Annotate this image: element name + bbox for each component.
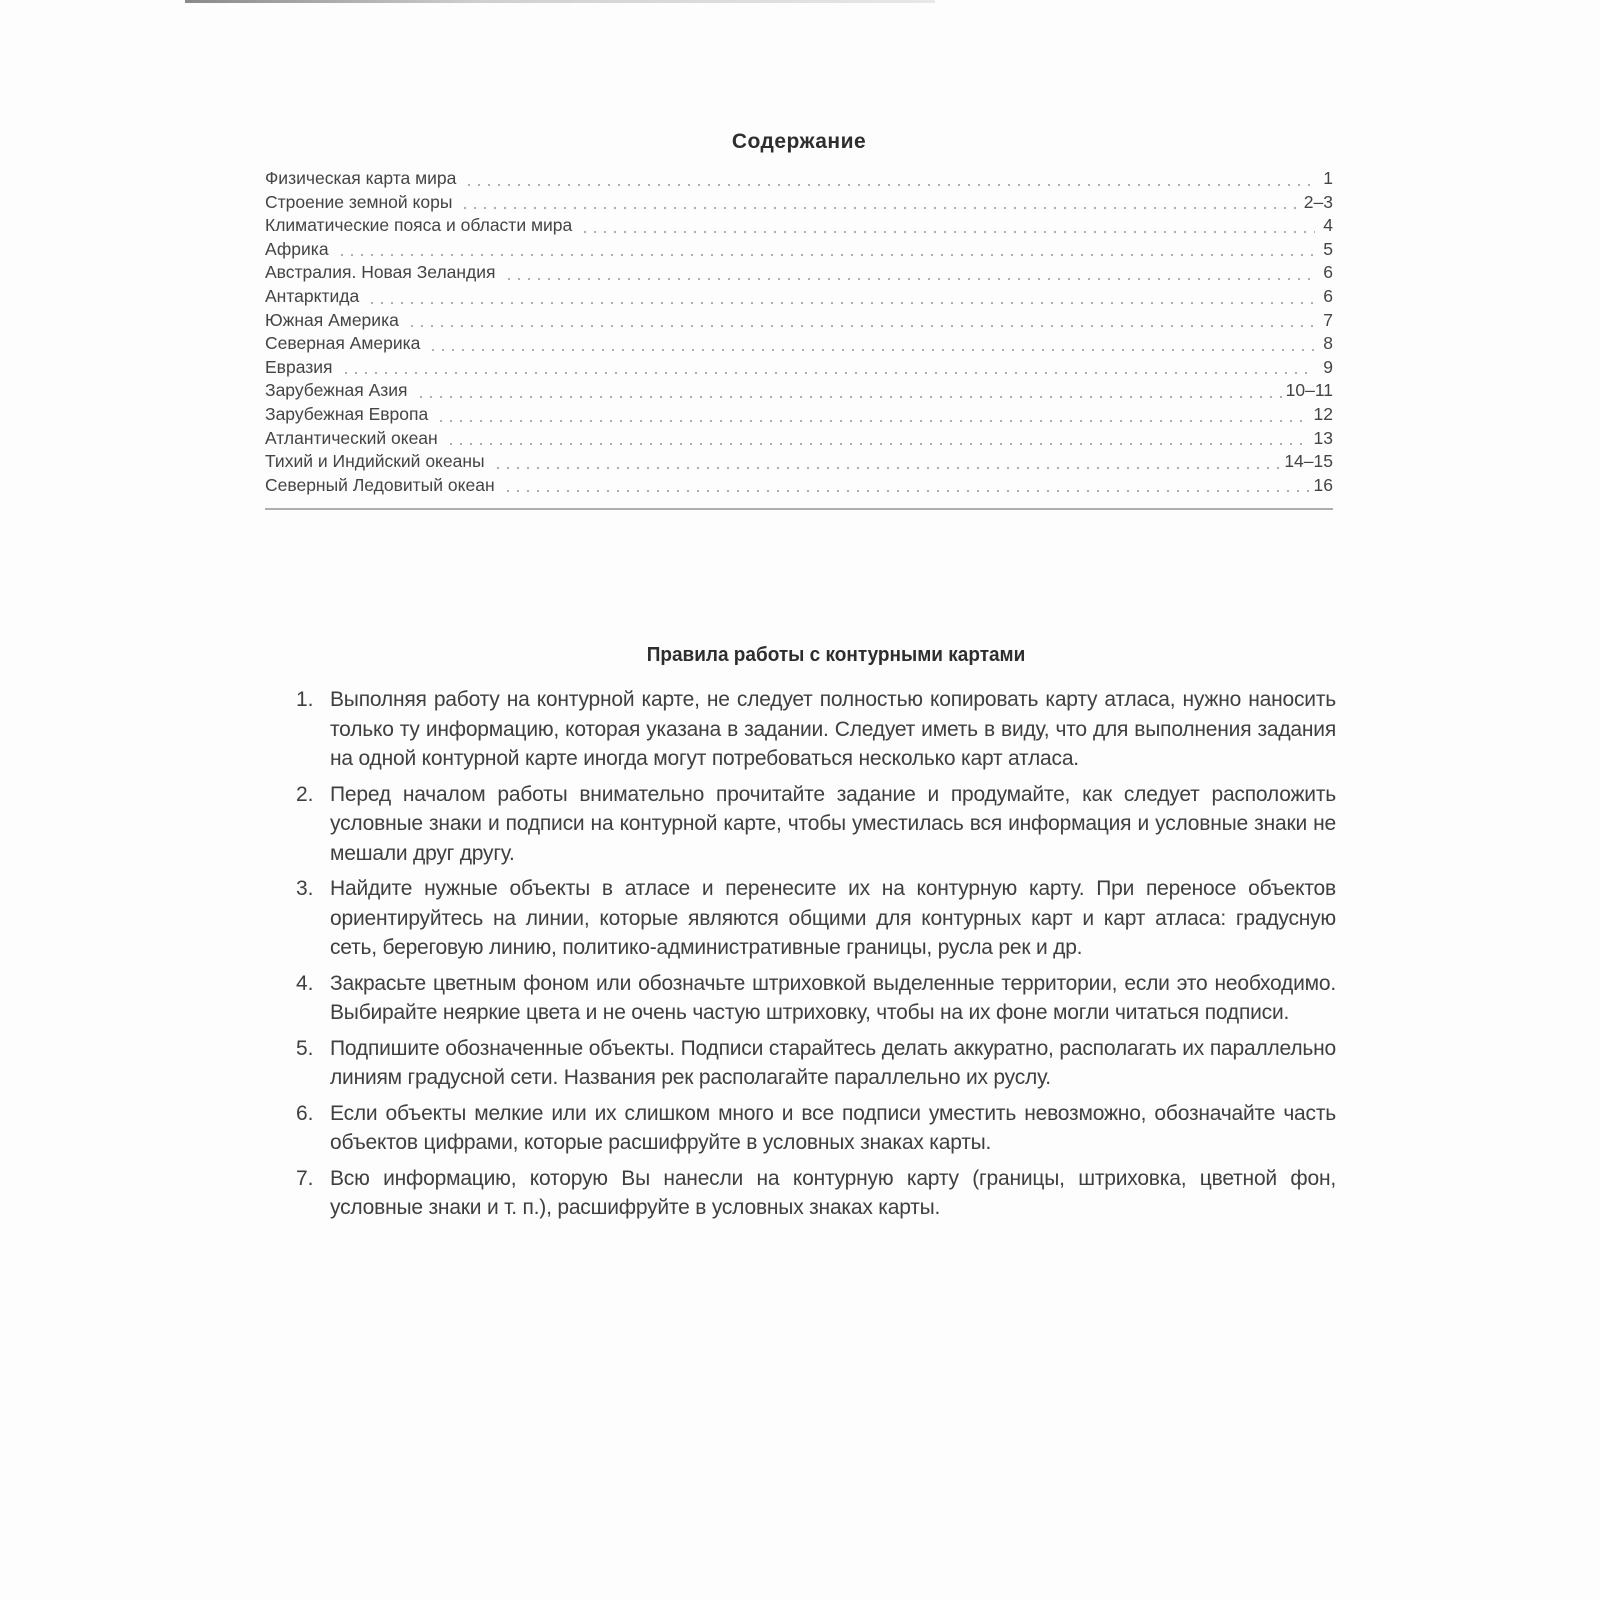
rule-text: Если объекты мелкие или их слишком много… xyxy=(330,1099,1336,1158)
toc-entry-label: Физическая карта мира xyxy=(265,168,460,189)
toc-entry-label: Южная Америка xyxy=(265,310,403,331)
toc-entry-page: 4 xyxy=(1319,215,1333,236)
rule-text: Выполняя работу на контурной карте, не с… xyxy=(330,685,1336,774)
toc-entry-page: 8 xyxy=(1319,333,1333,354)
toc-entry[interactable]: Атлантический океан13 xyxy=(265,428,1333,452)
toc-dot-leader xyxy=(428,349,1315,351)
toc-entry-label: Евразия xyxy=(265,357,337,378)
toc-entry-page: 16 xyxy=(1314,475,1333,496)
rule-text: Всю информацию, которую Вы нанесли на ко… xyxy=(330,1164,1336,1223)
toc-entry-page: 9 xyxy=(1319,357,1333,378)
toc-entry[interactable]: Антарктида6 xyxy=(265,286,1333,310)
toc-dot-leader xyxy=(503,490,1310,492)
toc-entry-page: 12 xyxy=(1314,404,1333,425)
rule-item: 2.Перед началом работы внимательно прочи… xyxy=(296,780,1336,869)
rule-item: 4.Закрасьте цветным фоном или обозначьте… xyxy=(296,969,1336,1028)
toc-entry-label: Северный Ледовитый океан xyxy=(265,475,499,496)
toc-entry-page: 1 xyxy=(1319,168,1333,189)
toc-entry[interactable]: Тихий и Индийский океаны14–15 xyxy=(265,451,1333,475)
toc-entry[interactable]: Африка5 xyxy=(265,239,1333,263)
rule-number: 4. xyxy=(296,969,330,1028)
toc-entry[interactable]: Северная Америка8 xyxy=(265,333,1333,357)
toc-entry-page: 7 xyxy=(1319,310,1333,331)
toc-entry-page: 10–11 xyxy=(1286,380,1333,401)
toc-dot-leader xyxy=(436,420,1309,422)
toc-entry-label: Тихий и Индийский океаны xyxy=(265,451,489,472)
toc-title: Содержание xyxy=(265,130,1333,154)
toc-dot-leader xyxy=(367,302,1315,304)
rule-item: 5.Подпишите обозначенные объекты. Подпис… xyxy=(296,1034,1336,1093)
toc-dot-leader xyxy=(446,443,1310,445)
rules-section: Правила работы с контурными картами 1.Вы… xyxy=(296,644,1336,1229)
rule-text: Найдите нужные объекты в атласе и перене… xyxy=(330,874,1336,963)
toc-dot-leader xyxy=(460,207,1299,209)
toc-dot-leader xyxy=(580,231,1315,233)
toc-entry-page: 6 xyxy=(1319,262,1333,283)
toc-entry-label: Климатические пояса и области мира xyxy=(265,215,576,236)
toc-entry-label: Зарубежная Европа xyxy=(265,404,432,425)
toc-dot-leader xyxy=(464,184,1315,186)
toc-dot-leader xyxy=(341,372,1315,374)
toc-entry-label: Атлантический океан xyxy=(265,428,442,449)
table-of-contents: Содержание Физическая карта мира1Строени… xyxy=(265,130,1333,510)
toc-divider xyxy=(265,508,1333,510)
toc-entry-label: Северная Америка xyxy=(265,333,424,354)
toc-list: Физическая карта мира1Строение земной ко… xyxy=(265,168,1333,498)
rule-number: 2. xyxy=(296,780,330,869)
rule-number: 7. xyxy=(296,1164,330,1223)
toc-entry-label: Зарубежная Азия xyxy=(265,380,412,401)
toc-entry-page: 13 xyxy=(1314,428,1333,449)
toc-entry-page: 14–15 xyxy=(1284,451,1333,472)
toc-dot-leader xyxy=(504,278,1315,280)
toc-entry-label: Африка xyxy=(265,239,333,260)
toc-dot-leader xyxy=(416,396,1282,398)
toc-entry[interactable]: Строение земной коры2–3 xyxy=(265,192,1333,216)
toc-entry[interactable]: Зарубежная Европа12 xyxy=(265,404,1333,428)
rule-text: Закрасьте цветным фоном или обозначьте ш… xyxy=(330,969,1336,1028)
toc-dot-leader xyxy=(337,254,1315,256)
toc-dot-leader xyxy=(493,467,1281,469)
rule-item: 3.Найдите нужные объекты в атласе и пере… xyxy=(296,874,1336,963)
toc-dot-leader xyxy=(407,325,1315,327)
toc-entry-label: Строение земной коры xyxy=(265,192,456,213)
rule-text: Подпишите обозначенные объекты. Подписи … xyxy=(330,1034,1336,1093)
toc-entry-page: 6 xyxy=(1319,286,1333,307)
rule-text: Перед началом работы внимательно прочита… xyxy=(330,780,1336,869)
rule-item: 6.Если объекты мелкие или их слишком мно… xyxy=(296,1099,1336,1158)
toc-entry[interactable]: Физическая карта мира1 xyxy=(265,168,1333,192)
rule-number: 3. xyxy=(296,874,330,963)
toc-entry-label: Австралия. Новая Зеландия xyxy=(265,262,500,283)
rules-list: 1.Выполняя работу на контурной карте, не… xyxy=(296,685,1336,1223)
toc-entry[interactable]: Австралия. Новая Зеландия6 xyxy=(265,262,1333,286)
rule-number: 5. xyxy=(296,1034,330,1093)
page-top-edge xyxy=(185,0,935,3)
toc-entry[interactable]: Евразия9 xyxy=(265,357,1333,381)
rule-number: 6. xyxy=(296,1099,330,1158)
rules-title: Правила работы с контурными картами xyxy=(361,644,1311,667)
toc-entry-label: Антарктида xyxy=(265,286,363,307)
toc-entry[interactable]: Северный Ледовитый океан16 xyxy=(265,475,1333,499)
toc-entry-page: 2–3 xyxy=(1304,192,1333,213)
rule-item: 1.Выполняя работу на контурной карте, не… xyxy=(296,685,1336,774)
toc-entry[interactable]: Климатические пояса и области мира4 xyxy=(265,215,1333,239)
toc-entry[interactable]: Южная Америка7 xyxy=(265,310,1333,334)
rule-item: 7.Всю информацию, которую Вы нанесли на … xyxy=(296,1164,1336,1223)
toc-entry[interactable]: Зарубежная Азия10–11 xyxy=(265,380,1333,404)
toc-entry-page: 5 xyxy=(1319,239,1333,260)
rule-number: 1. xyxy=(296,685,330,774)
